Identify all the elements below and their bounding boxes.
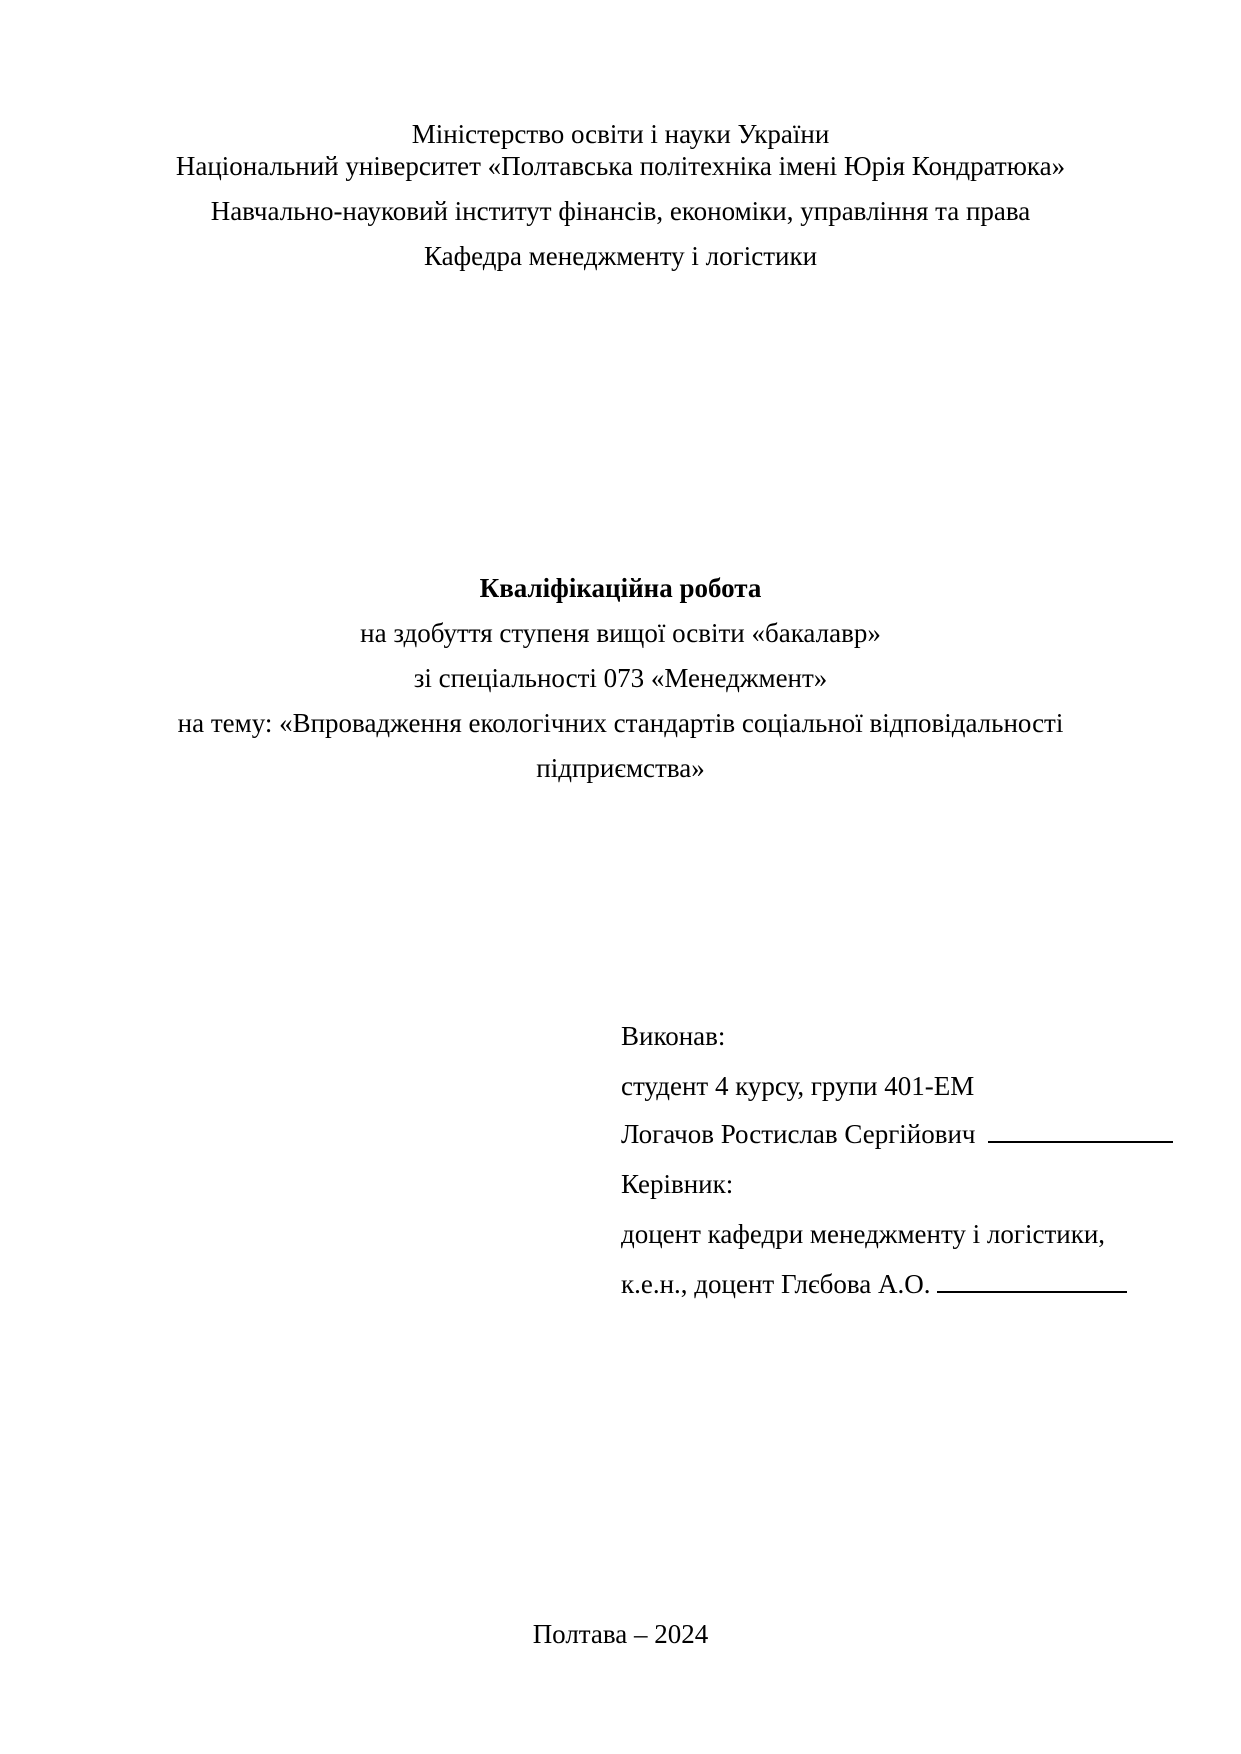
supervisor-label: Керівник: bbox=[621, 1168, 733, 1200]
ministry-line: Міністерство освіти і науки України bbox=[0, 118, 1241, 150]
city-year: Полтава – 2024 bbox=[0, 1618, 1241, 1650]
supervisor-position: доцент кафедри менеджменту і логістики, bbox=[621, 1218, 1105, 1250]
university-line: Національний університет «Полтавська пол… bbox=[0, 150, 1241, 182]
student-info: студент 4 курсу, групи 401-ЕМ bbox=[621, 1070, 974, 1102]
topic-line-1: на тему: «Впровадження екологічних станд… bbox=[0, 707, 1241, 739]
supervisor-signature-blank bbox=[937, 1269, 1127, 1293]
work-title: Кваліфікаційна робота bbox=[0, 572, 1241, 604]
department-line: Кафедра менеджменту і логістики bbox=[0, 240, 1241, 272]
supervisor-name: к.е.н., доцент Глєбова А.О. bbox=[621, 1269, 930, 1299]
title-page: Міністерство освіти і науки України Наці… bbox=[0, 0, 1241, 1754]
student-signature-row: Логачов Ростислав Сергійович bbox=[621, 1118, 1173, 1150]
specialty-line: зі спеціальності 073 «Менеджмент» bbox=[0, 662, 1241, 694]
degree-line: на здобуття ступеня вищої освіти «бакала… bbox=[0, 617, 1241, 649]
student-signature-blank bbox=[988, 1119, 1173, 1143]
supervisor-signature-row: к.е.н., доцент Глєбова А.О. bbox=[621, 1268, 1127, 1300]
performed-label: Виконав: bbox=[621, 1020, 725, 1052]
student-name: Логачов Ростислав Сергійович bbox=[621, 1119, 976, 1149]
institute-line: Навчально-науковий інститут фінансів, ек… bbox=[0, 195, 1241, 227]
topic-line-2: підприємства» bbox=[0, 752, 1241, 784]
